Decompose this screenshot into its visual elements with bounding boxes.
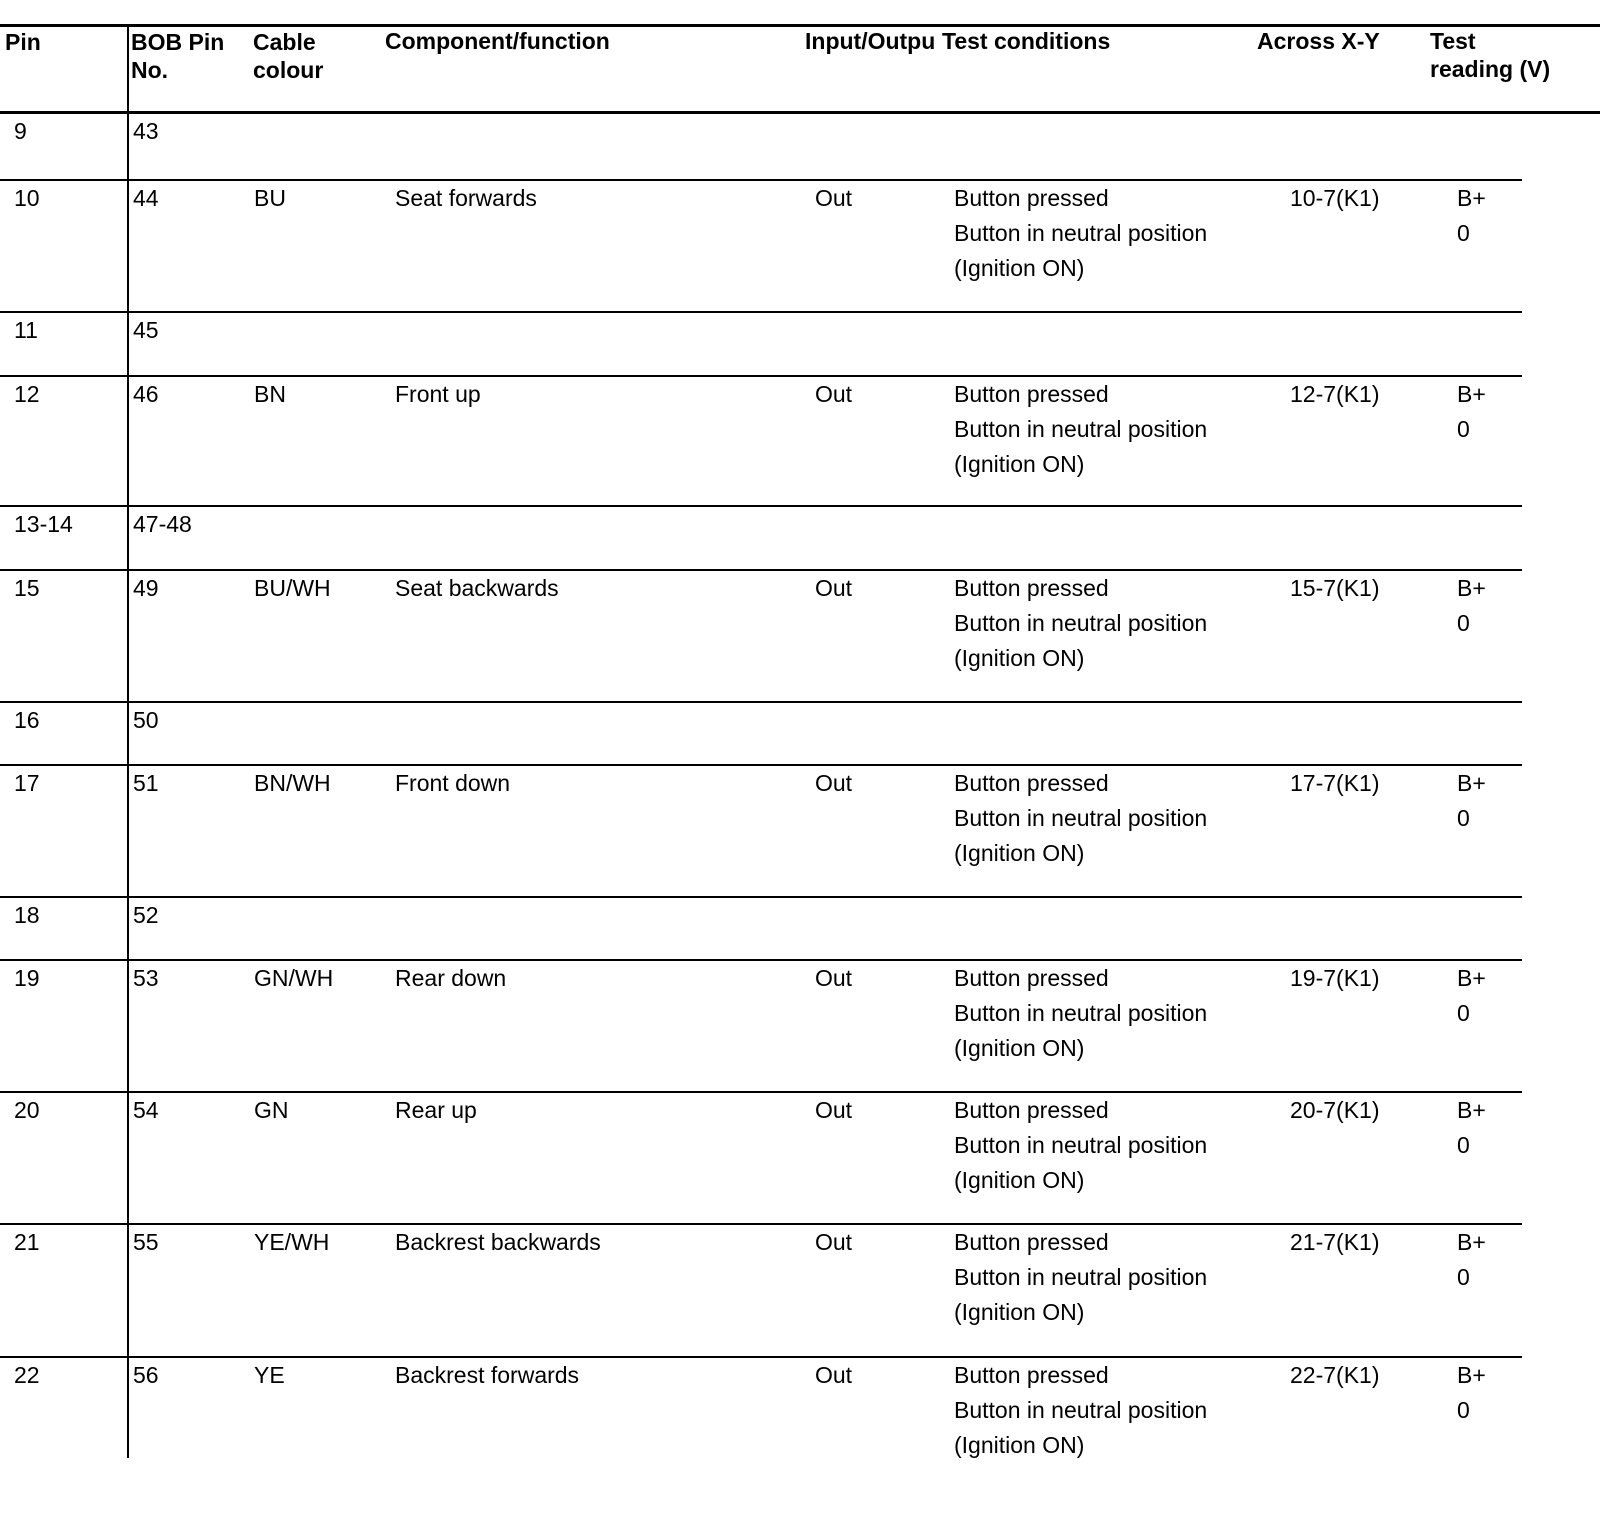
cell-input-output: Out (815, 1358, 852, 1393)
cell-bob-pin: 45 (133, 313, 159, 348)
cell-test-reading: B+ 0 (1457, 1093, 1486, 1163)
cell-bob-pin: 50 (133, 703, 159, 738)
cell-bob-pin: 51 (133, 766, 159, 801)
cell-component: Seat backwards (395, 571, 559, 606)
cell-cable-colour: BN (254, 377, 286, 412)
cell-test-conditions: Button pressed Button in neutral positio… (954, 1225, 1207, 1330)
cell-input-output: Out (815, 1225, 852, 1260)
cell-component: Front up (395, 377, 481, 412)
cell-bob-pin: 49 (133, 571, 159, 606)
cell-test-reading: B+ 0 (1457, 377, 1486, 447)
cell-test-conditions: Button pressed Button in neutral positio… (954, 1093, 1207, 1198)
cell-input-output: Out (815, 1093, 852, 1128)
cell-component: Backrest backwards (395, 1225, 601, 1260)
cell-input-output: Out (815, 571, 852, 606)
cell-cable-colour: BU (254, 181, 286, 216)
cell-test-conditions: Button pressed Button in neutral positio… (954, 571, 1207, 676)
cell-bob-pin: 56 (133, 1358, 159, 1393)
cell-pin: 16 (14, 703, 40, 738)
cell-input-output: Out (815, 377, 852, 412)
cell-pin: 9 (14, 114, 27, 149)
cell-input-output: Out (815, 766, 852, 801)
cell-test-conditions: Button pressed Button in neutral positio… (954, 766, 1207, 871)
row-rule (0, 311, 1522, 313)
header-cable-colour: Cable colour (253, 28, 323, 84)
pin-test-table: Pin BOB Pin No. Cable colour Component/f… (0, 0, 1600, 1534)
cell-test-conditions: Button pressed Button in neutral positio… (954, 377, 1207, 482)
cell-bob-pin: 44 (133, 181, 159, 216)
cell-pin: 19 (14, 961, 40, 996)
cell-test-reading: B+ 0 (1457, 181, 1486, 251)
cell-bob-pin: 55 (133, 1225, 159, 1260)
cell-across-xy: 10-7(K1) (1290, 181, 1379, 216)
header-input-output: Input/Outpu (805, 27, 935, 55)
header-pin: Pin (5, 28, 41, 56)
cell-cable-colour: GN (254, 1093, 289, 1128)
cell-pin: 18 (14, 898, 40, 933)
cell-test-reading: B+ 0 (1457, 571, 1486, 641)
cell-input-output: Out (815, 961, 852, 996)
row-rule (0, 505, 1522, 507)
cell-pin: 22 (14, 1358, 40, 1393)
cell-cable-colour: YE (254, 1358, 285, 1393)
cell-across-xy: 17-7(K1) (1290, 766, 1379, 801)
cell-test-reading: B+ 0 (1457, 766, 1486, 836)
pin-column-divider (127, 26, 129, 1458)
row-rule (0, 896, 1522, 898)
cell-cable-colour: BN/WH (254, 766, 331, 801)
cell-bob-pin: 52 (133, 898, 159, 933)
header-component: Component/function (385, 27, 610, 55)
header-bob-pin: BOB Pin No. (131, 28, 224, 84)
cell-component: Backrest forwards (395, 1358, 579, 1393)
cell-pin: 10 (14, 181, 40, 216)
cell-pin: 12 (14, 377, 40, 412)
cell-test-reading: B+ 0 (1457, 1358, 1486, 1428)
cell-bob-pin: 53 (133, 961, 159, 996)
header-test-conditions: Test conditions (942, 27, 1110, 55)
cell-test-conditions: Button pressed Button in neutral positio… (954, 1358, 1207, 1463)
cell-component: Seat forwards (395, 181, 537, 216)
cell-component: Front down (395, 766, 510, 801)
cell-test-conditions: Button pressed Button in neutral positio… (954, 961, 1207, 1066)
header-bottom-rule (0, 111, 1600, 114)
header-across-xy: Across X-Y (1257, 27, 1380, 55)
cell-cable-colour: YE/WH (254, 1225, 329, 1260)
row-rule (0, 701, 1522, 703)
cell-across-xy: 21-7(K1) (1290, 1225, 1379, 1260)
cell-across-xy: 22-7(K1) (1290, 1358, 1379, 1393)
cell-bob-pin: 43 (133, 114, 159, 149)
cell-test-reading: B+ 0 (1457, 961, 1486, 1031)
cell-across-xy: 20-7(K1) (1290, 1093, 1379, 1128)
cell-bob-pin: 47-48 (133, 507, 192, 542)
cell-pin: 13-14 (14, 507, 73, 542)
cell-across-xy: 15-7(K1) (1290, 571, 1379, 606)
cell-cable-colour: GN/WH (254, 961, 333, 996)
cell-test-reading: B+ 0 (1457, 1225, 1486, 1295)
cell-bob-pin: 46 (133, 377, 159, 412)
cell-pin: 21 (14, 1225, 40, 1260)
cell-cable-colour: BU/WH (254, 571, 331, 606)
cell-bob-pin: 54 (133, 1093, 159, 1128)
cell-across-xy: 12-7(K1) (1290, 377, 1379, 412)
cell-across-xy: 19-7(K1) (1290, 961, 1379, 996)
cell-pin: 17 (14, 766, 40, 801)
cell-pin: 11 (14, 313, 38, 348)
header-test-reading: Test reading (V) (1430, 27, 1550, 83)
cell-pin: 20 (14, 1093, 40, 1128)
cell-input-output: Out (815, 181, 852, 216)
cell-component: Rear down (395, 961, 506, 996)
cell-component: Rear up (395, 1093, 477, 1128)
cell-test-conditions: Button pressed Button in neutral positio… (954, 181, 1207, 286)
cell-pin: 15 (14, 571, 40, 606)
